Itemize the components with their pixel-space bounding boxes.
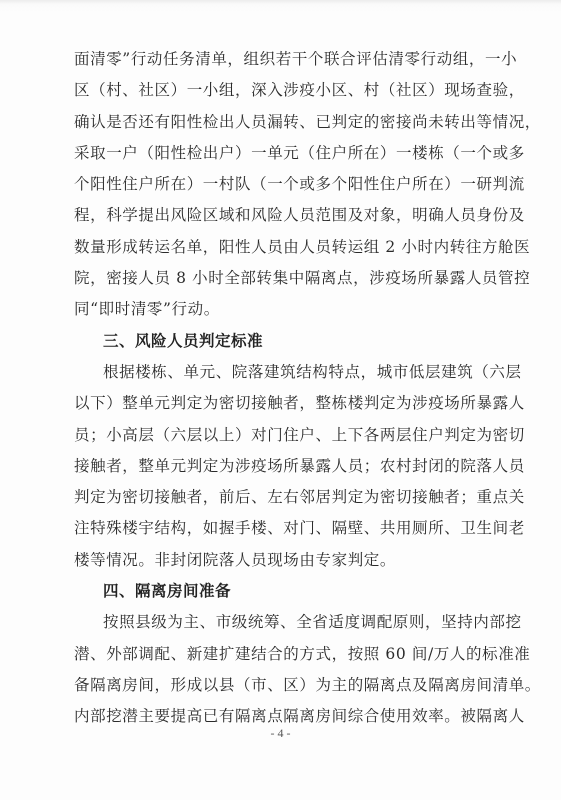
paragraph-line: 个阳性住户所在）一村队（一个或多个阳性住户所在）一研判流	[74, 169, 494, 200]
document-body: 面清零”行动任务清单，组织若干个联合评估清零行动组，一小 区（村、社区）一小组，…	[74, 44, 494, 733]
page-number: - 4 -	[0, 726, 561, 741]
paragraph-line: 区（村、社区）一小组，深入涉疫小区、村（社区）现场查验，	[74, 75, 494, 106]
paragraph-line: 接触者，整单元判定为涉疫场所暴露人员；农村封闭的院落人员	[74, 451, 494, 482]
paragraph-line: 面清零”行动任务清单，组织若干个联合评估清零行动组，一小	[74, 44, 494, 75]
paragraph-line: 备隔离房间，形成以县（市、区）为主的隔离点及隔离房间清单。	[74, 670, 494, 701]
section-heading-isolation-rooms: 四、隔离房间准备	[74, 576, 494, 607]
section-heading-risk-criteria: 三、风险人员判定标准	[74, 326, 494, 357]
document-page: 面清零”行动任务清单，组织若干个联合评估清零行动组，一小 区（村、社区）一小组，…	[0, 0, 561, 800]
paragraph-line: 采取一户（阳性检出户）一单元（住户所在）一楼栋（一个或多	[74, 138, 494, 169]
paragraph-line: 按照县级为主、市级统筹、全省适度调配原则，坚持内部挖	[74, 607, 494, 638]
paragraph-line: 数量形成转运名单，阳性人员由人员转运组 2 小时内转往方舱医	[74, 232, 494, 263]
paragraph-line: 程，科学提出风险区域和风险人员范围及对象，明确人员身份及	[74, 200, 494, 231]
paragraph-line: 注特殊楼宇结构，如握手楼、对门、隔壁、共用厕所、卫生间老	[74, 513, 494, 544]
paragraph-line: 以下）整单元判定为密切接触者，整栋楼判定为涉疫场所暴露人	[74, 388, 494, 419]
paragraph-line: 潜、外部调配、新建扩建结合的方式，按照 60 间/万人的标准准	[74, 639, 494, 670]
paragraph-line: 根据楼栋、单元、院落建筑结构特点，城市低层建筑（六层	[74, 357, 494, 388]
paragraph-line: 院，密接人员 8 小时全部转集中隔离点，涉疫场所暴露人员管控	[74, 263, 494, 294]
paragraph-line: 判定为密切接触者，前后、左右邻居判定为密切接触者；重点关	[74, 482, 494, 513]
paragraph-line: 同“即时清零”行动。	[74, 294, 494, 325]
paragraph-line: 楼等情况。非封闭院落人员现场由专家判定。	[74, 545, 494, 576]
paragraph-line: 员；小高层（六层以上）对门住户、上下各两层住户判定为密切	[74, 420, 494, 451]
paragraph-line: 确认是否还有阳性检出人员漏转、已判定的密接尚未转出等情况，	[74, 107, 494, 138]
